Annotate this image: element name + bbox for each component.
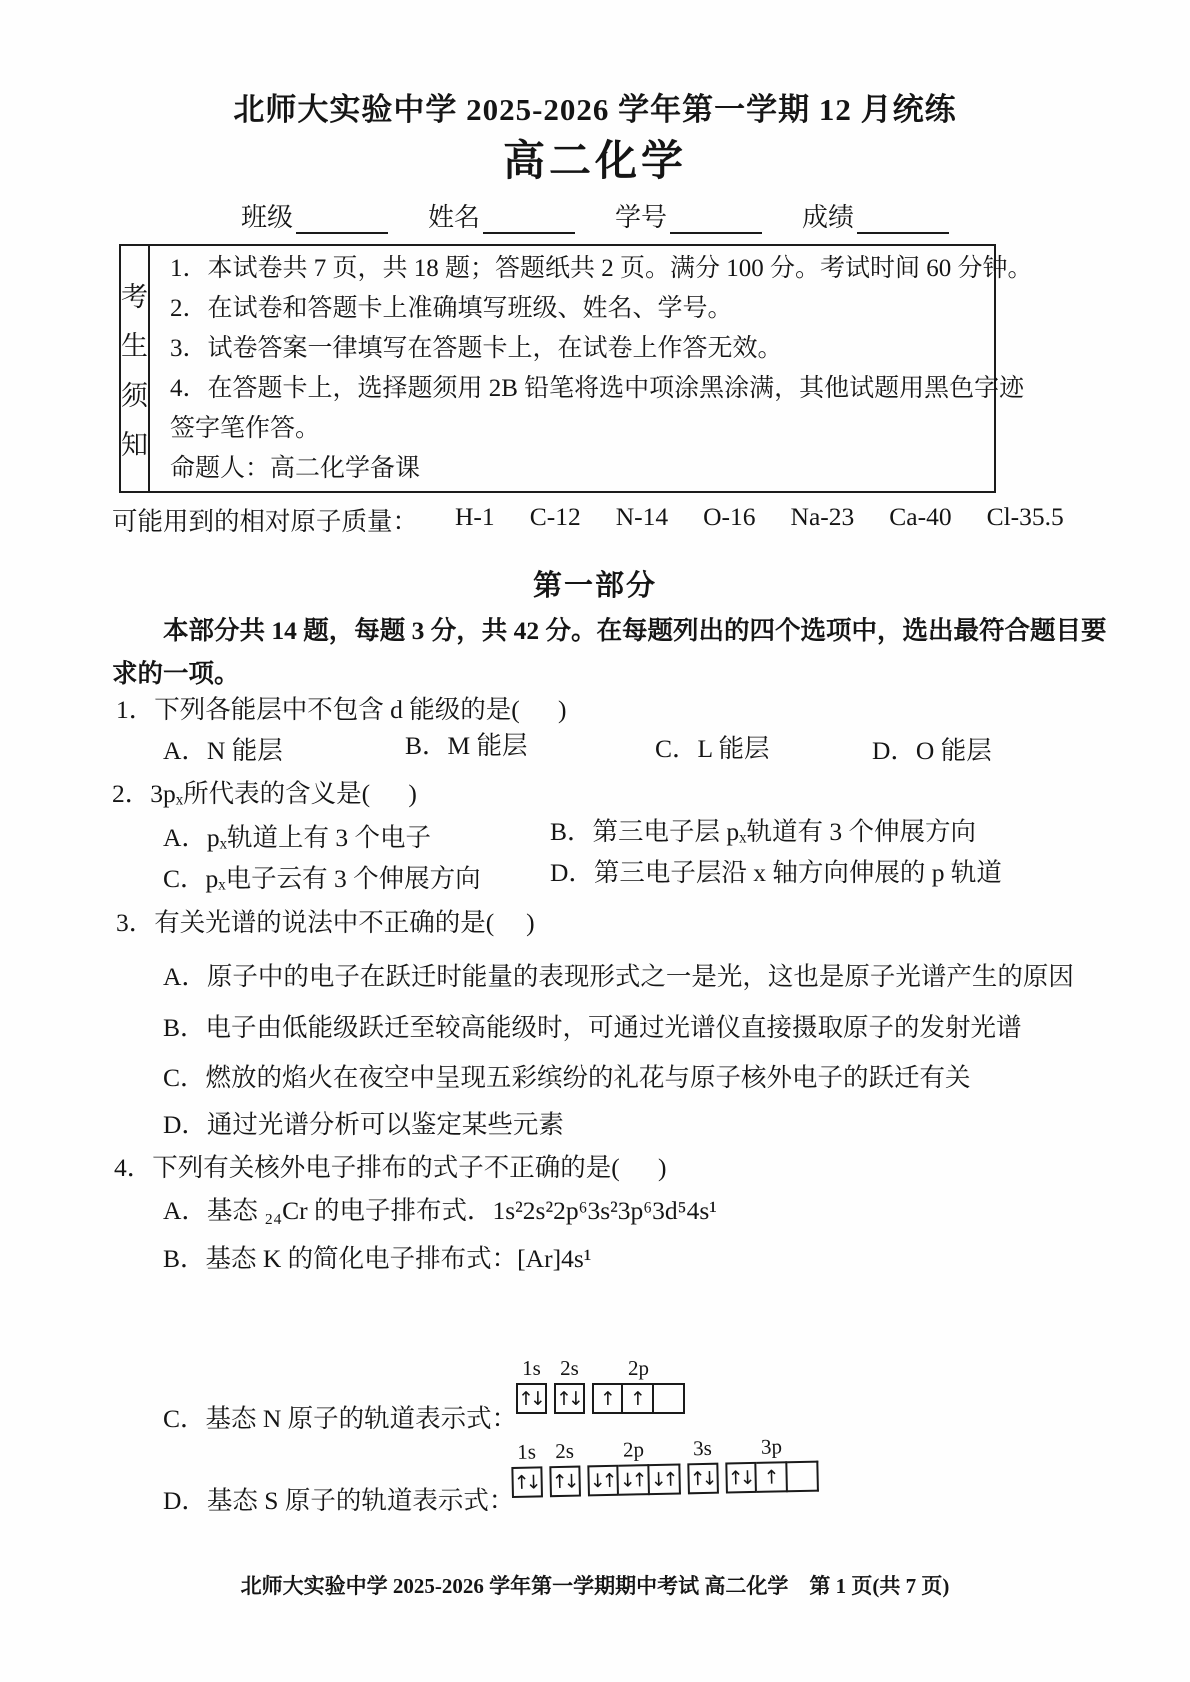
- notice-body: 1．本试卷共 7 页，共 18 题；答题纸共 2 页。满分 100 分。考试时间…: [150, 246, 1043, 491]
- question-3-option-d: D．通过光谱分析可以鉴定某些元素: [163, 1105, 564, 1141]
- orbital-group-3s: 3s↑↓: [687, 1436, 719, 1495]
- orbital-subshell-label: 3s: [693, 1436, 712, 1461]
- question-1-option-b: B．M 能层: [405, 726, 528, 762]
- student-id-label: 学号: [615, 197, 667, 234]
- orbital-boxes-row: ↑↓: [554, 1383, 585, 1414]
- orbital-box: ↑: [756, 1461, 788, 1493]
- orbital-box: ↓↑: [587, 1465, 619, 1497]
- orbital-box: ↑↓: [516, 1383, 547, 1414]
- part1-intro-line2: 求的一项。: [112, 654, 240, 690]
- name-blank: [483, 204, 575, 234]
- atomic-mass-item: O-16: [703, 502, 755, 538]
- notice-line: 3．试卷答案一律填写在答题卡上，在试卷上作答无效。: [170, 335, 1033, 363]
- orbital-boxes-row: ↓↑↓↑↓↑: [587, 1463, 681, 1496]
- orbital-box: ↑↓: [687, 1463, 719, 1495]
- orbital-subshell-label: 1s: [522, 1356, 541, 1381]
- atomic-mass-item: Cl-35.5: [987, 502, 1064, 538]
- question-2-option-a: A．pₓ轨道上有 3 个电子: [163, 818, 431, 854]
- notice-side-label: 考 生 须 知: [121, 246, 150, 491]
- notice-side-char: 知: [121, 423, 148, 462]
- orbital-box: ↑: [592, 1383, 623, 1414]
- score-blank: [857, 204, 949, 234]
- notice-side-char: 生: [121, 324, 148, 363]
- orbital-boxes-row: ↑↑: [592, 1383, 685, 1414]
- question-1-option-c: C．L 能层: [655, 729, 770, 765]
- orbital-box: ↓↑: [649, 1463, 681, 1495]
- score-field: 成绩: [802, 197, 949, 234]
- orbital-subshell-label: 2s: [555, 1439, 574, 1464]
- orbital-group-2s: 2s↑↓: [554, 1356, 585, 1414]
- orbital-box: ↑: [623, 1383, 654, 1414]
- question-1-stem: 1．下列各能层中不包含 d 能级的是( ): [116, 690, 566, 726]
- notice-line: 2．在试卷和答题卡上准确填写班级、姓名、学号。: [170, 295, 1033, 323]
- orbital-boxes-row: ↑↓: [511, 1466, 543, 1498]
- class-label: 班级: [241, 197, 293, 234]
- orbital-boxes-row: ↑↓↑: [725, 1461, 819, 1494]
- orbital-group-2p: 2p↓↑↓↑↓↑: [587, 1436, 681, 1496]
- name-field: 姓名: [428, 197, 575, 234]
- notice-line: 签字笔作答。: [170, 415, 1033, 443]
- sulfur-orbital-diagram: 1s↑↓2s↑↓2p↓↑↓↑↓↑3s↑↓3p↑↓↑: [511, 1433, 826, 1498]
- orbital-box: [787, 1461, 819, 1493]
- atomic-mass-item: N-14: [616, 502, 668, 538]
- exam-page: 北师大实验中学 2025-2026 学年第一学期 12 月统练 高二化学 班级 …: [0, 0, 1190, 1682]
- question-1-option-a: A．N 能层: [163, 731, 283, 767]
- notice-line: 4．在答题卡上，选择题须用 2B 铅笔将选中项涂黑涂满，其他试题用黑色字迹: [170, 375, 1033, 403]
- orbital-group-2s: 2s↑↓: [549, 1439, 581, 1498]
- part1-heading: 第一部分: [0, 563, 1190, 604]
- class-blank: [296, 204, 388, 234]
- orbital-subshell-label: 3p: [761, 1434, 783, 1459]
- class-field: 班级: [241, 197, 388, 234]
- orbital-group-2p: 2p↑↑: [592, 1356, 685, 1414]
- orbital-group-3p: 3p↑↓↑: [725, 1434, 819, 1494]
- notice-line: 命题人：高二化学备课: [170, 455, 1033, 483]
- question-4-option-d: D．基态 S 原子的轨道表示式：: [163, 1481, 514, 1517]
- score-label: 成绩: [802, 197, 854, 234]
- exam-title: 北师大实验中学 2025-2026 学年第一学期 12 月统练: [0, 84, 1190, 129]
- question-4-option-c: C．基态 N 原子的轨道表示式：: [163, 1399, 517, 1435]
- nitrogen-orbital-diagram: 1s↑↓2s↑↓2p↑↑: [516, 1356, 692, 1414]
- question-3-stem: 3．有关光谱的说法中不正确的是( ): [116, 903, 535, 939]
- atomic-mass-item: H-1: [455, 502, 495, 538]
- orbital-box: ↑↓: [511, 1466, 543, 1498]
- orbital-boxes-row: ↑↓: [687, 1463, 719, 1495]
- orbital-box: ↑↓: [725, 1462, 757, 1494]
- orbital-box: [654, 1383, 685, 1414]
- student-id-field: 学号: [615, 197, 762, 234]
- question-4-stem: 4．下列有关核外电子排布的式子不正确的是( ): [114, 1148, 667, 1184]
- student-id-blank: [670, 204, 762, 234]
- orbital-subshell-label: 2p: [628, 1356, 649, 1381]
- orbital-subshell-label: 1s: [517, 1439, 536, 1464]
- atomic-mass-line: 可能用到的相对原子质量： H-1 C-12 N-14 O-16 Na-23 Ca…: [112, 502, 1064, 538]
- orbital-box: ↑↓: [549, 1466, 581, 1498]
- question-4-option-a: A．基态 ₂₄Cr 的电子排布式．1s²2s²2p⁶3s²3p⁶3d⁵4s¹: [163, 1191, 717, 1227]
- student-info-row: 班级 姓名 学号 成绩: [0, 197, 1190, 234]
- orbital-group-1s: 1s↑↓: [511, 1439, 543, 1498]
- notice-side-char: 考: [121, 275, 148, 314]
- page-footer: 北师大实验中学 2025-2026 学年第一学期期中考试 高二化学 第 1 页(…: [0, 1570, 1190, 1600]
- orbital-boxes-row: ↑↓: [516, 1383, 547, 1414]
- notice-side-char: 须: [121, 374, 148, 413]
- question-2-option-b: B．第三电子层 pₓ轨道有 3 个伸展方向: [550, 812, 976, 848]
- question-2-stem: 2．3pₓ所代表的含义是( ): [112, 774, 417, 810]
- question-3-option-b: B．电子由低能级跃迁至较高能级时，可通过光谱仪直接摄取原子的发射光谱: [163, 1008, 1022, 1044]
- name-label: 姓名: [428, 197, 480, 234]
- orbital-box: ↑↓: [554, 1383, 585, 1414]
- question-2-option-c: C．pₓ电子云有 3 个伸展方向: [163, 859, 481, 895]
- question-3-option-a: A．原子中的电子在跃迁时能量的表现形式之一是光，这也是原子光谱产生的原因: [163, 957, 1074, 993]
- question-3-option-c: C．燃放的焰火在夜空中呈现五彩缤纷的礼花与原子核外电子的跃迁有关: [163, 1058, 971, 1094]
- question-1-option-d: D．O 能层: [872, 731, 992, 767]
- examinee-notice-box: 考 生 须 知 1．本试卷共 7 页，共 18 题；答题纸共 2 页。满分 10…: [119, 244, 996, 493]
- orbital-boxes-row: ↑↓: [549, 1466, 581, 1498]
- question-2-option-d: D．第三电子层沿 x 轴方向伸展的 p 轨道: [550, 853, 1002, 889]
- atomic-mass-item: Na-23: [791, 502, 855, 538]
- orbital-box: ↓↑: [618, 1464, 650, 1496]
- orbital-subshell-label: 2p: [623, 1437, 645, 1462]
- question-4-option-b: B．基态 K 的简化电子排布式：[Ar]4s¹: [163, 1239, 591, 1275]
- atomic-mass-item: C-12: [530, 502, 581, 538]
- exam-subject: 高二化学: [0, 128, 1190, 188]
- part1-intro-line1: 本部分共 14 题，每题 3 分，共 42 分。在每题列出的四个选项中，选出最符…: [163, 611, 1107, 647]
- orbital-group-1s: 1s↑↓: [516, 1356, 547, 1414]
- orbital-subshell-label: 2s: [560, 1356, 579, 1381]
- notice-line: 1．本试卷共 7 页，共 18 题；答题纸共 2 页。满分 100 分。考试时间…: [170, 255, 1033, 283]
- atomic-mass-item: Ca-40: [889, 502, 951, 538]
- atomic-mass-label: 可能用到的相对原子质量：: [112, 502, 418, 538]
